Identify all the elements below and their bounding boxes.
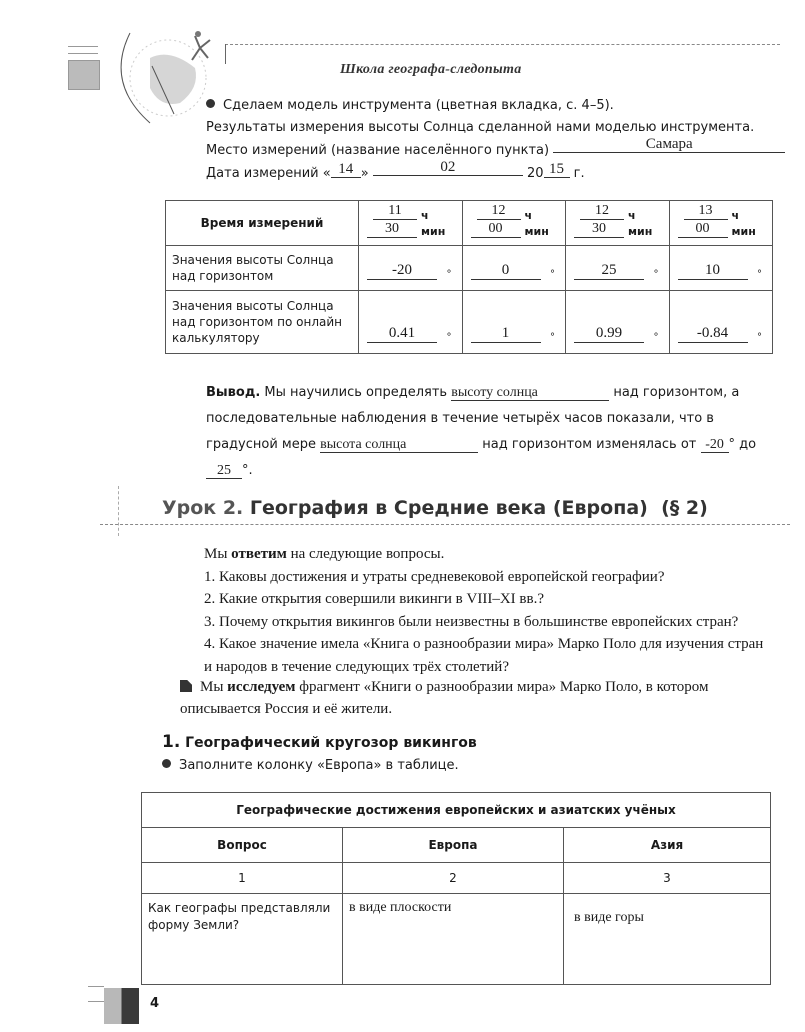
time-cell: 13ч 00мин — [669, 201, 773, 246]
hour-field[interactable]: 13 — [684, 203, 728, 220]
value-field[interactable]: 0.99 — [574, 324, 644, 343]
date-day-field[interactable]: 14 — [331, 162, 361, 178]
side-lines-icon — [68, 46, 98, 54]
lesson-label: Урок 2. — [162, 497, 243, 519]
column-number: 3 — [564, 863, 771, 894]
minute-unit: мин — [628, 225, 652, 238]
year-field[interactable]: 15 — [544, 162, 570, 178]
degree-symbol: ° — [729, 437, 736, 452]
column-number-row: 1 2 3 — [142, 863, 771, 894]
time-cell: 12ч 00мин — [462, 201, 566, 246]
conclusion-fill-1[interactable]: высоту солнца — [451, 386, 609, 401]
lesson-title-text: География в Средние века (Европа) — [250, 497, 648, 519]
to-label: до — [739, 437, 756, 452]
header-rule — [225, 44, 780, 45]
instrument-bullet-text: Сделаем модель инструмента (цветная вкла… — [223, 98, 614, 113]
to-value-field[interactable]: 25 — [206, 464, 242, 479]
instruction-text: Заполните колонку «Европа» в таблице. — [179, 758, 459, 773]
question-cell: Как географы представляли форму Земли? — [142, 894, 343, 985]
value-cell: 0° — [462, 246, 566, 291]
hour-field[interactable]: 11 — [373, 203, 417, 220]
conclusion-label: Вывод. — [206, 385, 260, 400]
asia-answer-field[interactable]: в виде горы — [564, 894, 771, 985]
minute-unit: мин — [732, 225, 756, 238]
degree-symbol: ° — [550, 332, 555, 343]
row-label: Значения высоты Солнца над горизонтом по… — [166, 291, 359, 354]
intro-bold: ответим — [231, 546, 287, 562]
time-header-row: Время измерений 11ч 30мин 12ч 00мин 12ч … — [166, 201, 773, 246]
minute-unit: мин — [525, 225, 549, 238]
globe-illustration — [100, 28, 230, 128]
questions-block: Мы ответим на следующие вопросы. 1. Како… — [204, 543, 774, 678]
section-instruction: Заполните колонку «Европа» в таблице. — [162, 758, 459, 773]
conclusion-text: над горизонтом изменялась от — [482, 437, 696, 452]
hour-unit: ч — [628, 209, 636, 222]
instrument-instruction: Сделаем модель инструмента (цветная вкла… — [206, 98, 614, 113]
table-caption: Географические достижения европейских и … — [142, 793, 771, 828]
value-field[interactable]: -0.84 — [678, 324, 748, 343]
results-text: Результаты измерения высоты Солнца сдела… — [206, 120, 754, 135]
place-label: Место измерений (название населённого пу… — [206, 143, 549, 158]
question-item: 3. Почему открытия викингов были неизвес… — [204, 611, 774, 634]
page-number: 4 — [150, 996, 159, 1011]
lesson-paragraph-ref: (§ 2) — [661, 497, 708, 519]
value-field[interactable]: 25 — [574, 261, 644, 280]
date-row: Дата измерений «14» 02 2015 г. — [206, 166, 585, 182]
header-tick — [225, 44, 226, 64]
value-field[interactable]: 0 — [471, 261, 541, 280]
question-item: 1. Каковы достижения и утраты средневеко… — [204, 566, 774, 589]
lesson-marker-line — [118, 486, 119, 536]
degree-symbol: ° — [654, 269, 659, 280]
value-field[interactable]: -20 — [367, 261, 437, 280]
degree-symbol: ° — [757, 332, 762, 343]
section-title: Географический кругозор викингов — [185, 735, 477, 751]
research-pre: Мы — [200, 679, 223, 695]
degree-symbol: ° — [447, 332, 452, 343]
column-number: 2 — [343, 863, 564, 894]
minute-field[interactable]: 00 — [471, 221, 521, 238]
column-header: Азия — [564, 828, 771, 863]
value-cell: -0.84° — [669, 291, 773, 354]
minute-field[interactable]: 30 — [367, 221, 417, 238]
value-field[interactable]: 1 — [471, 324, 541, 343]
time-cell: 11ч 30мин — [359, 201, 463, 246]
research-bold: исследуем — [227, 679, 295, 695]
degree-symbol: ° — [447, 269, 452, 280]
table-row: Значения высоты Солнца над горизонтом -2… — [166, 246, 773, 291]
conclusion-text: Мы научились определять — [264, 385, 447, 400]
intro-pre: Мы — [204, 546, 227, 562]
hour-field[interactable]: 12 — [477, 203, 521, 220]
question-item: 2. Какие открытия совершили викинги в VI… — [204, 588, 774, 611]
value-cell: 25° — [566, 246, 670, 291]
column-header: Вопрос — [142, 828, 343, 863]
research-marker-icon — [180, 680, 192, 692]
conclusion-paragraph: Вывод. Мы научились определять высоту со… — [206, 380, 774, 484]
from-value-field[interactable]: -20 — [701, 438, 729, 453]
value-field[interactable]: 0.41 — [367, 324, 437, 343]
bullet-icon — [206, 99, 215, 108]
column-header-row: Вопрос Европа Азия — [142, 828, 771, 863]
degree-symbol: ° — [757, 269, 762, 280]
bullet-icon — [162, 759, 171, 768]
table-row: Как географы представляли форму Земли? в… — [142, 894, 771, 985]
research-paragraph: Мы исследуем фрагмент «Книги о разнообра… — [180, 676, 774, 720]
measurement-table: Время измерений 11ч 30мин 12ч 00мин 12ч … — [165, 200, 773, 354]
table-row: Значения высоты Солнца над горизонтом по… — [166, 291, 773, 354]
achievements-table: Географические достижения европейских и … — [141, 792, 771, 985]
page-tab-decoration — [104, 988, 139, 1024]
date-month-field[interactable]: 02 — [373, 160, 523, 176]
time-cell: 12ч 30мин — [566, 201, 670, 246]
hour-field[interactable]: 12 — [580, 203, 624, 220]
conclusion-period: °. — [242, 463, 253, 478]
column-number: 1 — [142, 863, 343, 894]
europe-answer-field[interactable]: в виде плоскости — [343, 894, 564, 985]
conclusion-fill-2[interactable]: высота солнца — [320, 438, 478, 453]
section-header-title: Школа географа-следопыта — [340, 62, 522, 78]
minute-field[interactable]: 00 — [678, 221, 728, 238]
caption-row: Географические достижения европейских и … — [142, 793, 771, 828]
row-label: Значения высоты Солнца над горизонтом — [166, 246, 359, 291]
hour-unit: ч — [732, 209, 740, 222]
time-header-label: Время измерений — [166, 201, 359, 246]
place-row: Место измерений (название населённого пу… — [206, 143, 785, 159]
minute-field[interactable]: 30 — [574, 221, 624, 238]
lesson-rule — [100, 524, 790, 525]
value-cell: 1° — [462, 291, 566, 354]
value-field[interactable]: 10 — [678, 261, 748, 280]
place-field[interactable]: Самара — [553, 137, 785, 153]
question-item: 4. Какое значение имела «Книга о разнооб… — [204, 633, 774, 678]
lesson-title: Урок 2. География в Средние века (Европа… — [162, 497, 708, 519]
section-heading: 1. Географический кругозор викингов — [162, 732, 477, 752]
side-document-icon — [68, 60, 100, 90]
questions-intro: Мы ответим на следующие вопросы. — [204, 543, 774, 566]
section-number: 1. — [162, 732, 180, 752]
minute-unit: мин — [421, 225, 445, 238]
date-sep: » — [361, 166, 369, 181]
hour-unit: ч — [421, 209, 429, 222]
value-cell: -20° — [359, 246, 463, 291]
degree-symbol: ° — [654, 332, 659, 343]
value-cell: 0.41° — [359, 291, 463, 354]
year-prefix: 20 — [527, 166, 544, 181]
degree-symbol: ° — [550, 269, 555, 280]
intro-post: на следующие вопросы. — [291, 546, 445, 562]
footer-lines-icon — [88, 986, 104, 1002]
column-header: Европа — [343, 828, 564, 863]
date-label: Дата измерений « — [206, 166, 331, 181]
value-cell: 10° — [669, 246, 773, 291]
year-unit: г. — [574, 166, 585, 181]
value-cell: 0.99° — [566, 291, 670, 354]
hour-unit: ч — [525, 209, 533, 222]
